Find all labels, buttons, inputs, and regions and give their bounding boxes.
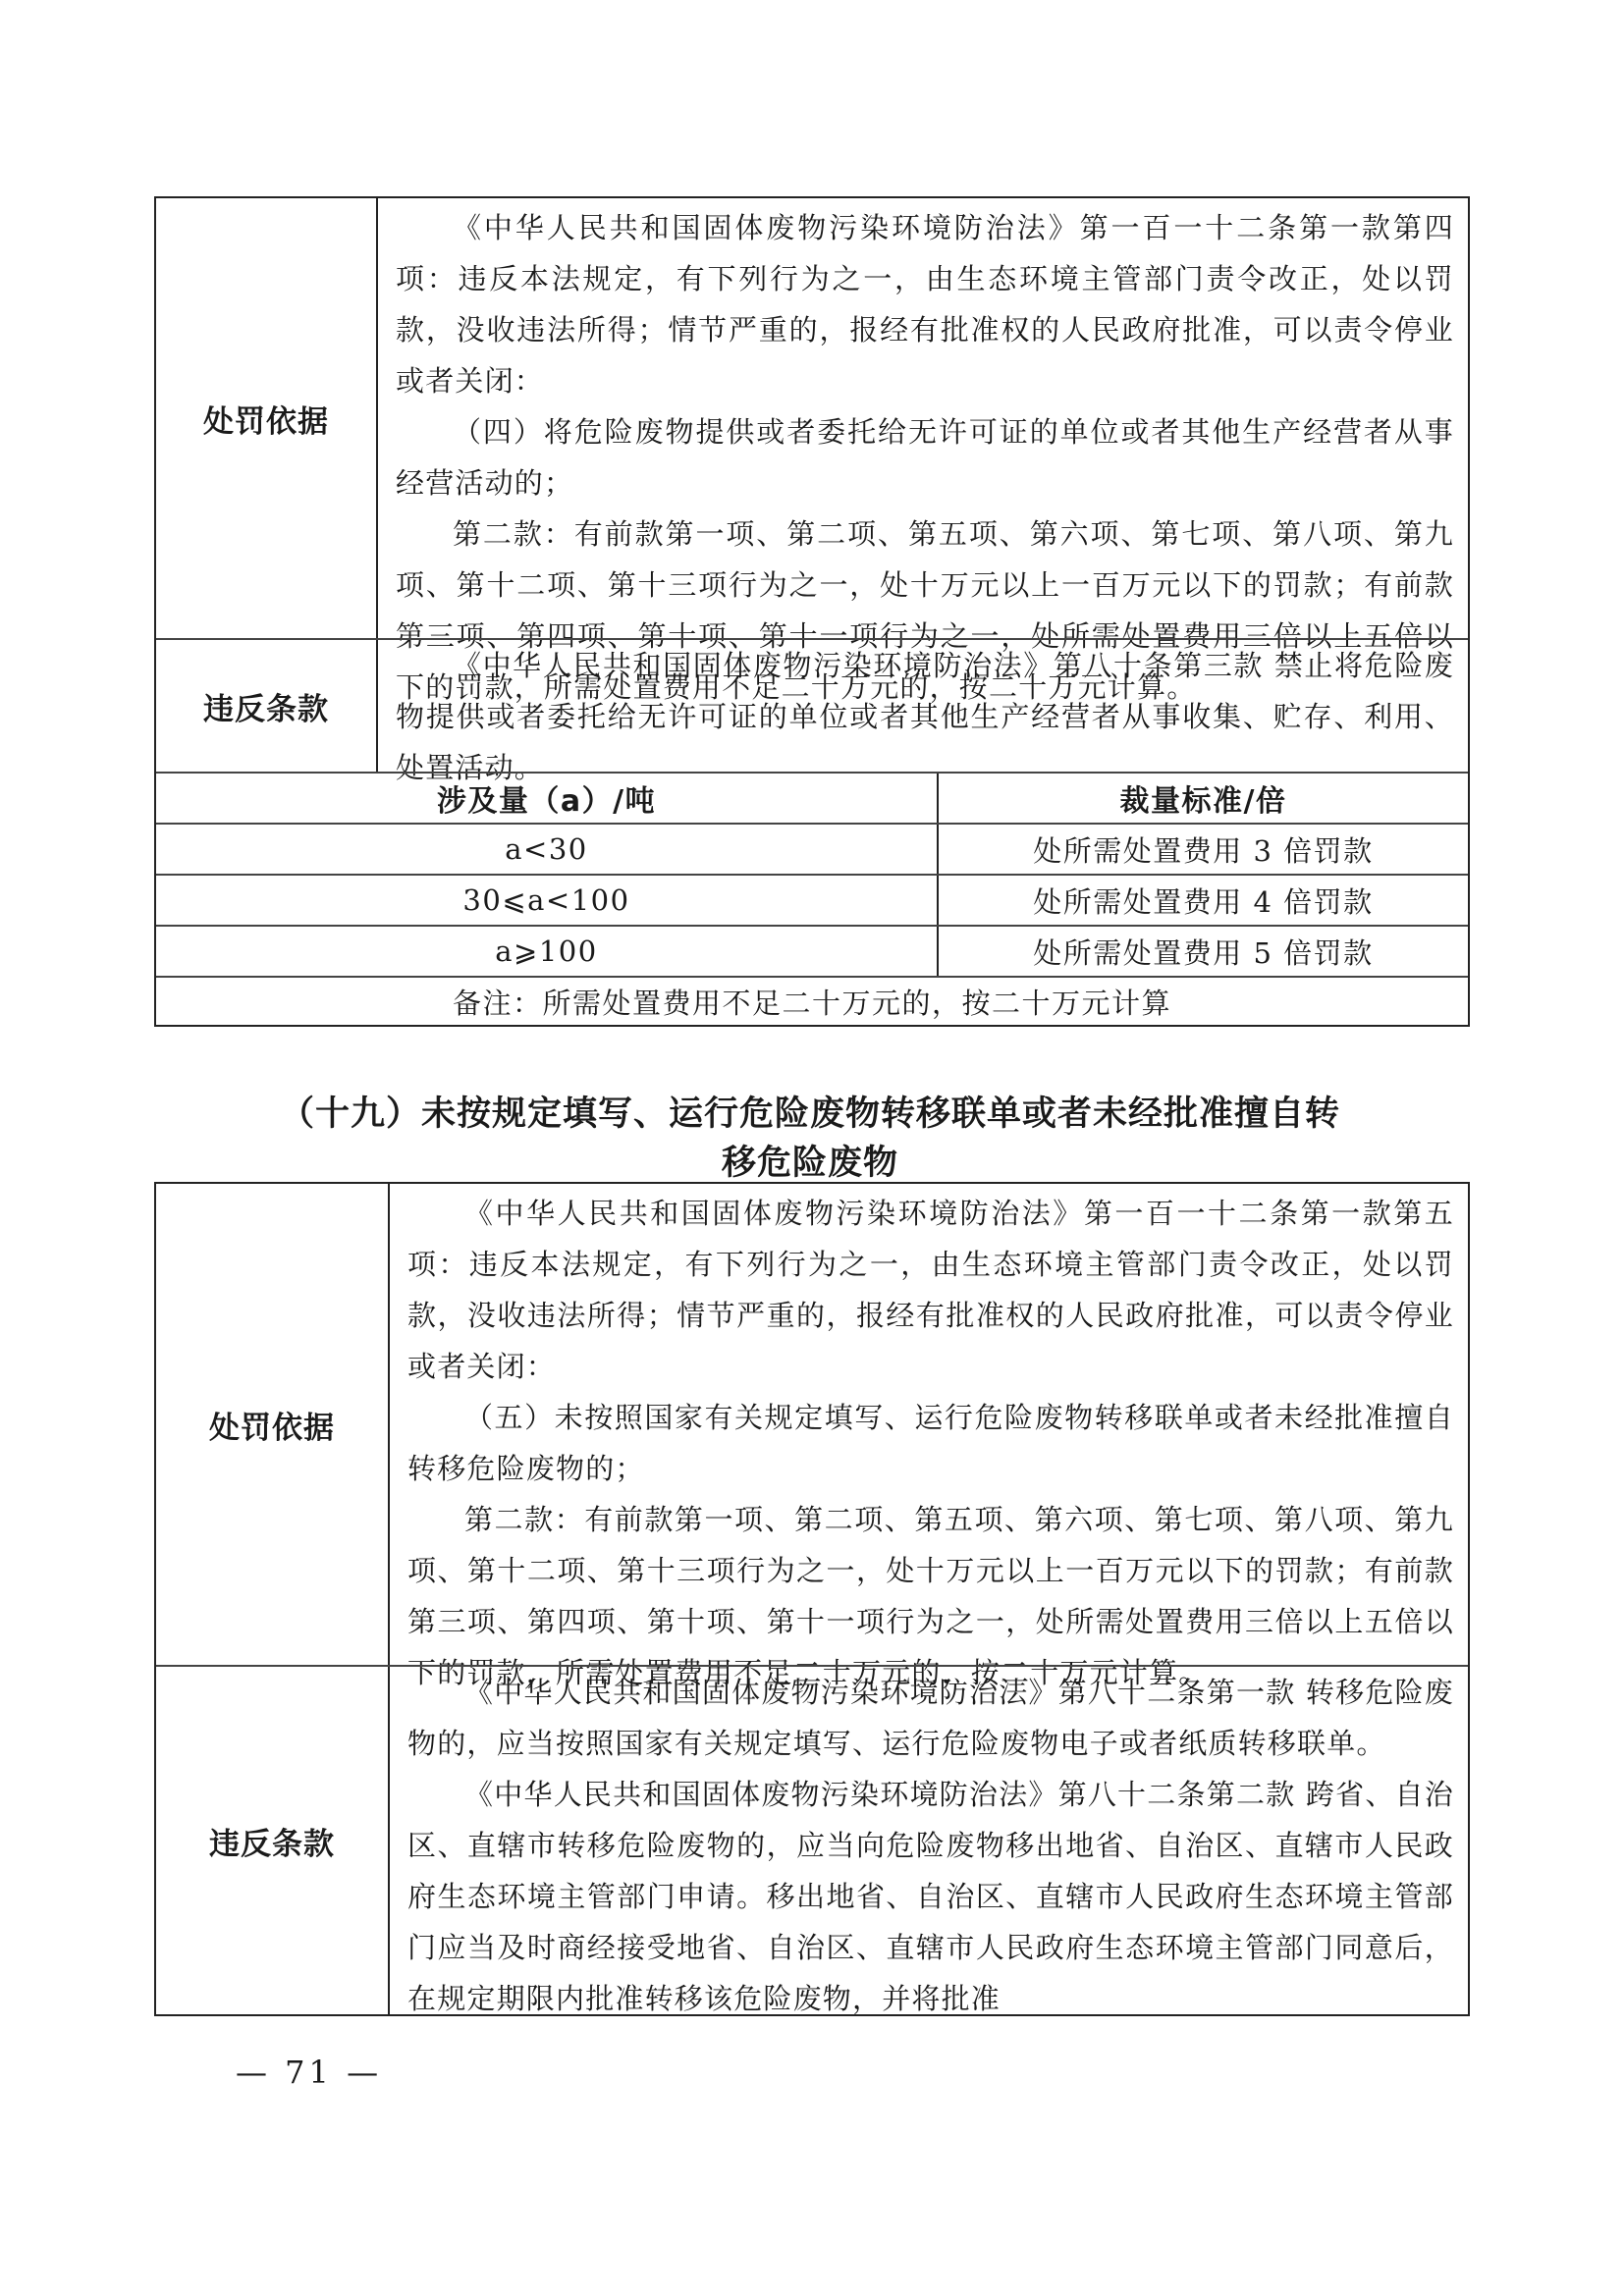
basis-paragraph: 《中华人民共和国固体废物污染环境防治法》第一百一十二条第一款第五项：违反本法规定… — [407, 1188, 1454, 1392]
amount-header: 涉及量（a）/吨 — [156, 774, 939, 823]
penalty-table-19: 处罚依据 《中华人民共和国固体废物污染环境防治法》第一百一十二条第一款第五项：违… — [154, 1182, 1470, 2016]
penalty-table-18: 处罚依据 《中华人民共和国固体废物污染环境防治法》第一百一十二条第一款第四项：违… — [154, 196, 1470, 1027]
amount-cell: 30⩽a<100 — [156, 876, 939, 925]
basis-paragraph: 《中华人民共和国固体废物污染环境防治法》第一百一十二条第一款第四项：违反本法规定… — [396, 202, 1454, 406]
standard-header: 裁量标准/倍 — [939, 774, 1468, 823]
violation-text: 《中华人民共和国固体废物污染环境防治法》第八十条第三款 禁止将危险废物提供或者委… — [378, 640, 1468, 772]
violation-row: 违反条款 《中华人民共和国固体废物污染环境防治法》第八十条第三款 禁止将危险废物… — [156, 640, 1468, 772]
standard-cell: 处所需处置费用 3 倍罚款 — [939, 825, 1468, 874]
basis-text: 《中华人民共和国固体废物污染环境防治法》第一百一十二条第一款第五项：违反本法规定… — [390, 1184, 1468, 1665]
basis-label: 处罚依据 — [156, 1184, 390, 1665]
standard-cell: 处所需处置费用 5 倍罚款 — [939, 927, 1468, 976]
violation-paragraph: 《中华人民共和国固体废物污染环境防治法》第八十条第三款 禁止将危险废物提供或者委… — [396, 640, 1454, 793]
basis-text: 《中华人民共和国固体废物污染环境防治法》第一百一十二条第一款第四项：违反本法规定… — [378, 198, 1468, 638]
violation-row: 违反条款 《中华人民共和国固体废物污染环境防治法》第八十二条第一款 转移危险废物… — [156, 1667, 1468, 2014]
page-number: — 71 — — [236, 2054, 382, 2091]
basis-row: 处罚依据 《中华人民共和国固体废物污染环境防治法》第一百一十二条第一款第五项：违… — [156, 1184, 1468, 1665]
section-title-line: 移危险废物 — [167, 1139, 1453, 1188]
note-text: 备注：所需处置费用不足二十万元的，按二十万元计算 — [156, 978, 1468, 1025]
basis-row: 处罚依据 《中华人民共和国固体废物污染环境防治法》第一百一十二条第一款第四项：违… — [156, 198, 1468, 638]
violation-paragraph: 《中华人民共和国固体废物污染环境防治法》第八十二条第一款 转移危险废物的，应当按… — [407, 1667, 1454, 1769]
basis-paragraph: （五）未按照国家有关规定填写、运行危险废物转移联单或者未经批准擅自转移危险废物的… — [407, 1392, 1454, 1494]
section-title-line: （十九）未按规定填写、运行危险废物转移联单或者未经批准擅自转 — [167, 1090, 1453, 1139]
section-title: （十九）未按规定填写、运行危险废物转移联单或者未经批准擅自转 移危险废物 — [167, 1090, 1453, 1188]
amount-cell: a<30 — [156, 825, 939, 874]
note-row: 备注：所需处置费用不足二十万元的，按二十万元计算 — [156, 978, 1468, 1025]
standards-header-row: 涉及量（a）/吨 裁量标准/倍 — [156, 774, 1468, 823]
violation-paragraph: 《中华人民共和国固体废物污染环境防治法》第八十二条第二款 跨省、自治区、直辖市转… — [407, 1769, 1454, 2014]
standards-row: a⩾100 处所需处置费用 5 倍罚款 — [156, 927, 1468, 976]
violation-label: 违反条款 — [156, 1667, 390, 2014]
basis-label: 处罚依据 — [156, 198, 378, 638]
basis-paragraph: （四）将危险废物提供或者委托给无许可证的单位或者其他生产经营者从事经营活动的； — [396, 406, 1454, 508]
violation-label: 违反条款 — [156, 640, 378, 772]
violation-text: 《中华人民共和国固体废物污染环境防治法》第八十二条第一款 转移危险废物的，应当按… — [390, 1667, 1468, 2014]
standards-row: 30⩽a<100 处所需处置费用 4 倍罚款 — [156, 876, 1468, 925]
standard-cell: 处所需处置费用 4 倍罚款 — [939, 876, 1468, 925]
amount-cell: a⩾100 — [156, 927, 939, 976]
standards-row: a<30 处所需处置费用 3 倍罚款 — [156, 825, 1468, 874]
